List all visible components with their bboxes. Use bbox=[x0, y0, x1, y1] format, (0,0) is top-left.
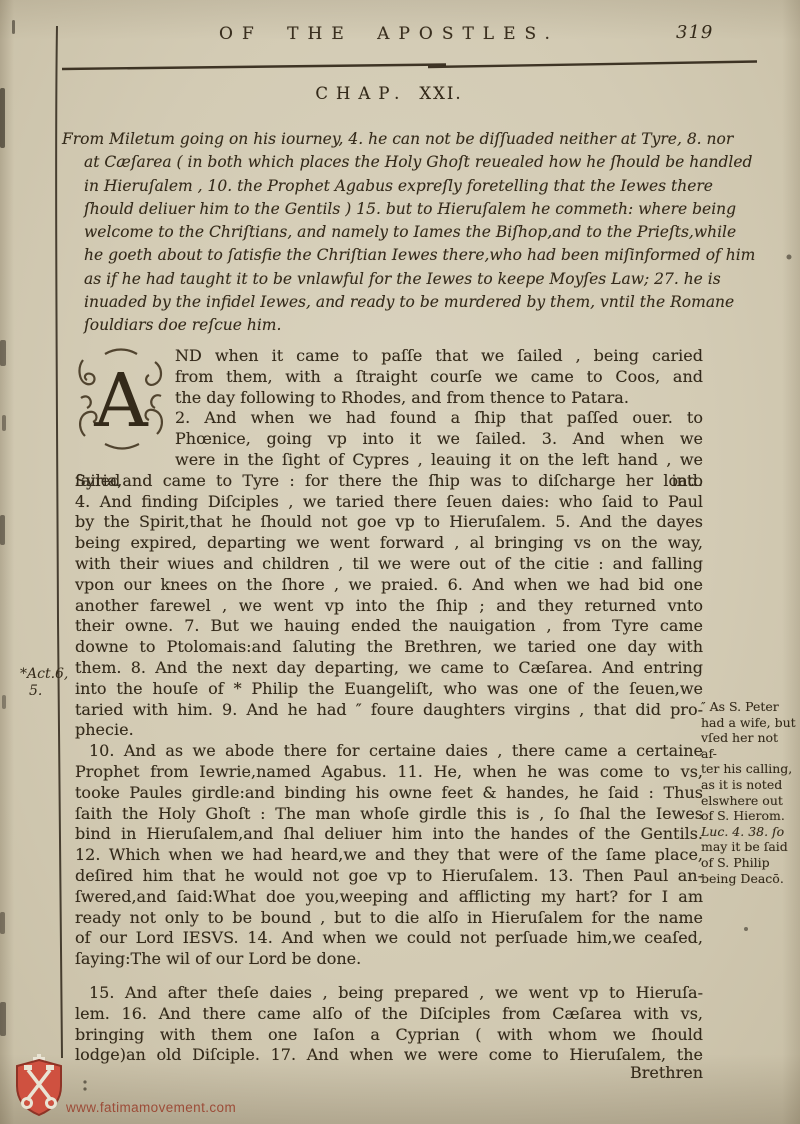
body-line: 4. And finding Diſciples , we taried the… bbox=[75, 492, 703, 513]
body-paragraphs: ND when it came to paſſe that we ſailed … bbox=[75, 346, 703, 1066]
body-line: phecie. bbox=[75, 720, 703, 741]
running-title: OF THE APOSTLES. bbox=[75, 24, 703, 44]
body-line: them. 8. And the next day departing, we … bbox=[75, 658, 703, 679]
body-line: with their wiues and children , til we w… bbox=[75, 554, 703, 575]
body-line: were in the ſight of Cypres , leauing it… bbox=[75, 450, 703, 471]
body-line: 10. And as we abode there for certaine d… bbox=[75, 741, 703, 762]
margin-right-line: of S. Philip bbox=[701, 855, 797, 871]
body-line: ſwered,and ſaid:What doe you,weeping and… bbox=[75, 887, 703, 908]
margin-right-line: had a wife, but bbox=[701, 715, 797, 731]
body-line: taried with him. 9. And he had ″ foure d… bbox=[75, 700, 703, 721]
argument-line: ſhould deliuer him to the Gentils ) 15. … bbox=[62, 198, 712, 221]
margin-right-line: of S. Hierom. bbox=[701, 808, 797, 824]
chapter-heading: CHAP.XXI. bbox=[75, 84, 703, 103]
page-number: 319 bbox=[676, 22, 736, 43]
argument-line: welcome to the Chriſtians, and namely to… bbox=[62, 221, 712, 244]
margin-notes-right: ″ As S. Peterhad a wife, butvſed her not… bbox=[701, 699, 797, 886]
body-line: tooke Paules girdle:and binding his owne… bbox=[75, 783, 703, 804]
body-line: another farewel , we went vp into the ſh… bbox=[75, 596, 703, 617]
body-line: by the Spirit,that he ſhould not goe vp … bbox=[75, 512, 703, 533]
body-line: ready not only to be bound , but to die … bbox=[75, 908, 703, 929]
body-line: ſaith the Holy Ghoſt : The man whoſe gir… bbox=[75, 804, 703, 825]
margin-right-line: Luc. 4. 38. ſo bbox=[701, 824, 797, 840]
body-line: bringing with them one Iaſon a Cyprian (… bbox=[75, 1025, 703, 1046]
scanned-page: OF THE APOSTLES. 319 CHAP.XXI. From Mile… bbox=[0, 0, 800, 1124]
margin-right-line: being Deacō. bbox=[701, 871, 797, 887]
body-line: their owne. 7. But we hauing ended the n… bbox=[75, 616, 703, 637]
body-line: the day following to Rhodes, and from th… bbox=[75, 388, 703, 409]
body-line: 15. And after theſe daies , being prepar… bbox=[75, 983, 703, 1004]
margin-note-left: *Act.6,5. bbox=[20, 666, 72, 700]
margin-right-line: as it is noted bbox=[701, 777, 797, 793]
body-line: 12. Which when we had heard,we and they … bbox=[75, 845, 703, 866]
watermark-url: www.fatimamovement.com bbox=[66, 1100, 236, 1115]
argument-line: he goeth about to ſatisfie the Chriſtian… bbox=[62, 244, 712, 267]
body-text: A ND when it came to paſſe that we ſaile… bbox=[75, 346, 703, 1066]
margin-right-line: may it be ſaid bbox=[701, 839, 797, 855]
body-line: ND when it came to paſſe that we ſailed … bbox=[75, 346, 703, 367]
header-rule-left bbox=[62, 65, 446, 70]
watermark: www.fatimamovement.com bbox=[12, 1054, 272, 1124]
body-line: lem. 16. And there came alſo of the Diſc… bbox=[75, 1004, 703, 1025]
body-line: downe to Ptolomais:and ſaluting the Bret… bbox=[75, 637, 703, 658]
ornamental-initial-icon: A bbox=[75, 348, 167, 450]
dropcap-letter: A bbox=[93, 358, 149, 444]
body-line: ſaying:The wil of our Lord be done. bbox=[75, 949, 703, 970]
papal-keys-shield-icon bbox=[12, 1054, 66, 1118]
argument-line: in Hieruſalem , 10. the Prophet Agabus e… bbox=[62, 175, 712, 198]
argument-line: as if he had taught it to be vnlawful fo… bbox=[62, 268, 712, 291]
body-line: of our Lord IESVS. 14. And when we could… bbox=[75, 928, 703, 949]
margin-right-line: ″ As S. Peter bbox=[701, 699, 797, 715]
argument-line: inuaded by the infidel Iewes, and ready … bbox=[62, 291, 712, 314]
body-line: deſired him that he would not goe vp to … bbox=[75, 866, 703, 887]
margin-right-line: vſed her not af- bbox=[701, 730, 797, 761]
body-line: bind in Hieruſalem,and ſhal deliuer him … bbox=[75, 824, 703, 845]
header-rule-right bbox=[428, 62, 757, 68]
body-line: Prophet from Iewrie,named Agabus. 11. He… bbox=[75, 762, 703, 783]
chapter-argument: From Miletum going on his iourney, 4. he… bbox=[62, 128, 712, 338]
body-line: Syria,and came to Tyre : for there the ſ… bbox=[75, 471, 703, 492]
margin-left-line: *Act.6, bbox=[20, 666, 72, 683]
chapter-number: XXI. bbox=[419, 84, 462, 103]
margin-right-line: ter his calling, bbox=[701, 761, 797, 777]
margin-right-line: elswhere out bbox=[701, 793, 797, 809]
argument-line: From Miletum going on his iourney, 4. he… bbox=[62, 128, 712, 151]
body-line: into the houſe of * Philip the Euangeliſ… bbox=[75, 679, 703, 700]
body-line: from them, with a ſtraight courſe we cam… bbox=[75, 367, 703, 388]
body-line: being expired, departing we went forward… bbox=[75, 533, 703, 554]
margin-left-line: 5. bbox=[20, 683, 72, 700]
body-line: 2. And when we had found a ſhip that paſ… bbox=[75, 408, 703, 429]
argument-line: ſouldiars doe reſcue him. bbox=[62, 314, 712, 337]
argument-line: at Cæſarea ( in both which places the Ho… bbox=[62, 151, 712, 174]
chapter-label: CHAP. bbox=[315, 84, 407, 103]
body-line: vpon our knees on the ſhore , we praied.… bbox=[75, 575, 703, 596]
body-line: Phœnice, going vp into it we ſailed. 3. … bbox=[75, 429, 703, 450]
